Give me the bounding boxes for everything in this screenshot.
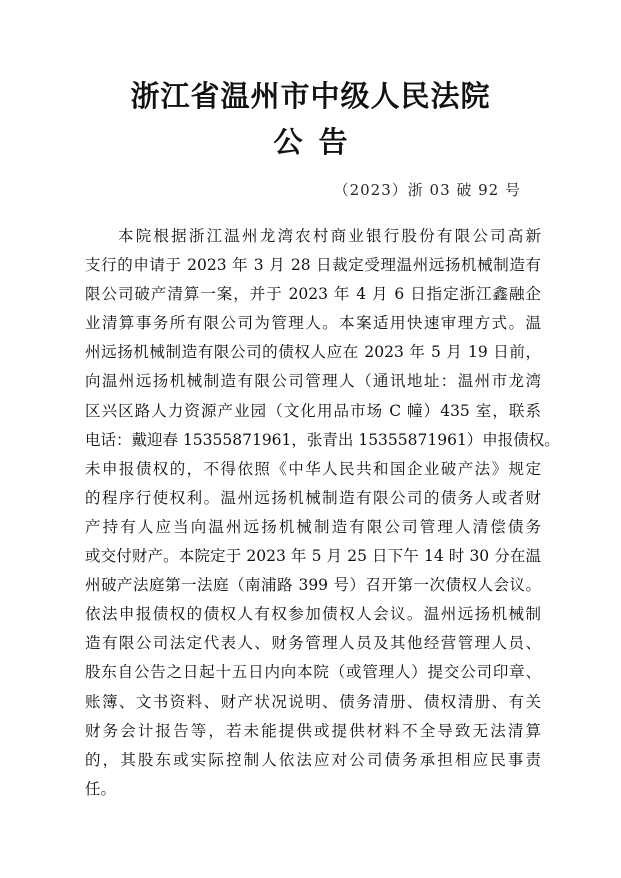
body-line: 股东自公告之日起十五日内向本院（或管理人）提交公司印章、 [85, 658, 541, 687]
body-line: 的程序行使权利。温州远扬机械制造有限公司的债务人或者财 [85, 484, 541, 513]
body-line: 财务会计报告等，若未能提供或提供材料不全导致无法清算 [85, 717, 541, 746]
notice-heading-char: 告 [319, 125, 348, 159]
body-line: 限公司破产清算一案，并于 2023 年 4 月 6 日指定浙江鑫融企 [85, 280, 541, 309]
body-line: 区兴区路人力资源产业园（文化用品市场 C 幢）435 室，联系 [85, 397, 541, 426]
body-line: 向温州远扬机械制造有限公司管理人（通讯地址：温州市龙湾 [85, 367, 541, 396]
body-line: 造有限公司法定代表人、财务管理人员及其他经营管理人员、 [85, 629, 541, 658]
body-line: 的，其股东或实际控制人依法应对公司债务承担相应民事责 [85, 746, 541, 775]
notice-heading: 公告 [0, 120, 621, 161]
body-line: 业清算事务所有限公司为管理人。本案适用快速审理方式。温 [85, 309, 541, 338]
body-line: 电话：戴迎春 15355871961，张青出 15355871961）申报债权。 [85, 426, 541, 455]
body-line: 未申报债权的，不得依照《中华人民共和国企业破产法》规定 [85, 455, 541, 484]
body-line: 依法申报债权的债权人有权参加债权人会议。温州远扬机械制 [85, 600, 541, 629]
court-name-title: 浙江省温州市中级人民法院 [0, 74, 621, 115]
body-line: 账簿、文书资料、财产状况说明、债务清册、债权清册、有关 [85, 688, 541, 717]
body-line: 或交付财产。本院定于 2023 年 5 月 25 日下午 14 时 30 分在温 [85, 542, 541, 571]
notice-heading-char: 公 [273, 125, 302, 159]
body-line: 州破产法庭第一法庭（南浦路 399 号）召开第一次债权人会议。 [85, 571, 541, 600]
body-line: 产持有人应当向温州远扬机械制造有限公司管理人清偿债务 [85, 513, 541, 542]
body-line: 本院根据浙江温州龙湾农村商业银行股份有限公司高新 [85, 222, 541, 251]
notice-body: 本院根据浙江温州龙湾农村商业银行股份有限公司高新 支行的申请于 2023 年 3… [85, 222, 541, 804]
body-line: 州远扬机械制造有限公司的债权人应在 2023 年 5 月 19 日前， [85, 338, 541, 367]
body-line: 任。 [85, 775, 541, 804]
case-number: （2023）浙 03 破 92 号 [334, 179, 521, 200]
body-line: 支行的申请于 2023 年 3 月 28 日裁定受理温州远扬机械制造有 [85, 251, 541, 280]
